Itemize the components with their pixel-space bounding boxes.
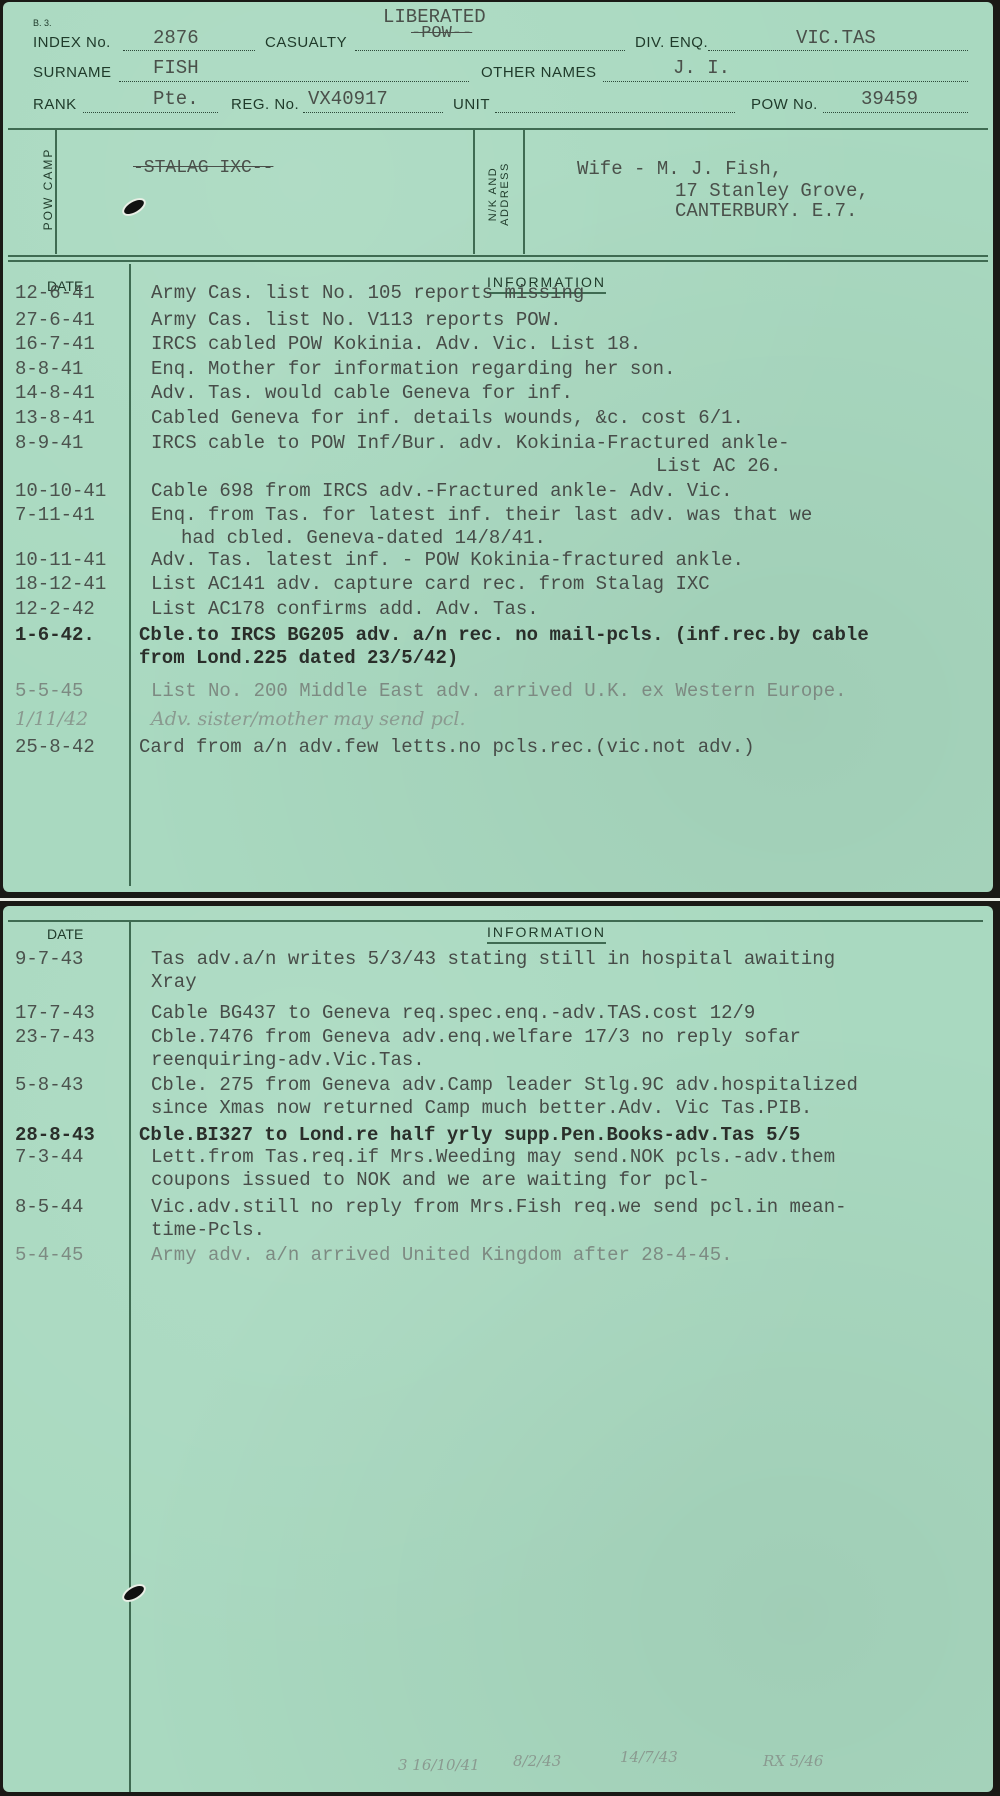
entry-info-line: Cble.BI327 to Lond.re half yrly supp.Pen… (139, 1124, 800, 1146)
entry-date: 9-7-43 (15, 948, 83, 970)
entry-info-line: Lett.from Tas.req.if Mrs.Weeding may sen… (151, 1146, 835, 1168)
entry-date: 14-8-41 (15, 382, 95, 404)
entry-info-line: List No. 200 Middle East adv. arrived U.… (151, 680, 847, 702)
footer-annotation: 3 16/10/41 (398, 1756, 480, 1774)
index-value: 2876 (153, 27, 199, 49)
entry-info-line: Card from a/n adv.few letts.no pcls.rec.… (139, 736, 755, 758)
ink-blot (122, 197, 146, 217)
entry-date: 10-11-41 (15, 549, 106, 571)
entry-info-line: Tas adv.a/n writes 5/3/43 stating still … (151, 948, 835, 970)
entry-info-line: coupons issued to NOK and we are waiting… (151, 1169, 710, 1191)
entry-date: 17-7-43 (15, 1002, 95, 1024)
nok-label-line2: ADDRESS (499, 139, 511, 249)
entry-info-line: Army adv. a/n arrived United Kingdom aft… (151, 1244, 733, 1266)
nok-line-2: 17 Stanley Grove, (675, 180, 869, 202)
entry-date: 10-10-41 (15, 480, 106, 502)
footer-annotation: 8/2/43 (513, 1752, 561, 1770)
pow-camp-value-struck: -STALAG IXC-- (133, 158, 273, 178)
surname-label: SURNAME (33, 64, 112, 81)
footer-annotation: RX 5/46 (763, 1752, 823, 1770)
entry-date: 12-2-42 (15, 598, 95, 620)
entry-date: 18-12-41 (15, 573, 106, 595)
entry-info-line: Army Cas. list No. V113 reports POW. (151, 309, 561, 331)
casualty-value-struck: -POW-- (411, 24, 472, 43)
rank-value: Pte. (153, 88, 199, 110)
reg-no-label: REG. No. (231, 96, 299, 113)
other-names-value: J. I. (673, 57, 730, 79)
entry-info-line: from Lond.225 dated 23/5/42) (139, 647, 458, 669)
nok-address-label: N/K AND ADDRESS (487, 139, 511, 249)
nok-label-line1: N/K AND (487, 139, 499, 249)
entry-info-line: Enq. from Tas. for latest inf. their las… (151, 504, 812, 526)
entry-date: 1-6-42. (15, 624, 95, 646)
entry-info-line: Cble.7476 from Geneva adv.enq.welfare 17… (151, 1026, 801, 1048)
reg-no-value: VX40917 (308, 88, 388, 110)
information-column-header: INFORMATION (487, 924, 606, 944)
pow-record-card-back: DATE INFORMATION 9-7-43Tas adv.a/n write… (3, 906, 993, 1792)
entry-date: 27-6-41 (15, 309, 95, 331)
surname-value: FISH (153, 57, 199, 79)
entry-date: 23-7-43 (15, 1026, 95, 1048)
entry-info-line: Vic.adv.still no reply from Mrs.Fish req… (151, 1196, 847, 1218)
entry-date: 12-6-41 (15, 282, 95, 304)
nok-line-1: Wife - M. J. Fish, (577, 158, 782, 180)
entry-date: 8-5-44 (15, 1196, 83, 1218)
entry-date: 8-8-41 (15, 358, 83, 380)
div-enq-label: DIV. ENQ. (635, 34, 708, 51)
other-names-label: OTHER NAMES (481, 64, 597, 81)
entry-info-line: Cable 698 from IRCS adv.-Fractured ankle… (151, 480, 733, 502)
entry-info-line: Adv. Tas. latest inf. - POW Kokinia-frac… (151, 549, 744, 571)
pow-record-card-front: B. 3. INDEX No. 2876 CASUALTY LIBERATED … (3, 2, 993, 892)
rank-label: RANK (33, 96, 77, 113)
pow-no-label: POW No. (751, 96, 818, 113)
entry-date: 5-8-43 (15, 1074, 83, 1096)
entry-info-line: List AC 26. (656, 455, 781, 477)
entry-date: 28-8-43 (15, 1124, 95, 1146)
entry-info-line: Cable BG437 to Geneva req.spec.enq.-adv.… (151, 1002, 755, 1024)
entry-info-line: time-Pcls. (151, 1219, 265, 1241)
entry-date: 7-11-41 (15, 504, 95, 526)
entry-info-line: Cabled Geneva for inf. details wounds, &… (151, 407, 744, 429)
unit-label: UNIT (453, 96, 490, 113)
entry-date: 8-9-41 (15, 432, 83, 454)
nok-line-3: CANTERBURY. E.7. (675, 200, 857, 222)
date-column-header: DATE (47, 926, 83, 942)
form-code: B. 3. (33, 18, 52, 28)
pow-no-value: 39459 (861, 88, 918, 110)
entry-info-line: Adv. sister/mother may send pcl. (151, 708, 466, 730)
entry-info-line: reenquiring-adv.Vic.Tas. (151, 1049, 425, 1071)
casualty-label: CASUALTY (265, 34, 347, 51)
entry-date: 16-7-41 (15, 333, 95, 355)
entry-info-line: Adv. Tas. would cable Geneva for inf. (151, 382, 573, 404)
div-enq-value: VIC.TAS (796, 27, 876, 49)
entry-info-line: List AC178 confirms add. Adv. Tas. (151, 598, 539, 620)
entry-info-line: Xray (151, 971, 197, 993)
entry-date: 7-3-44 (15, 1146, 83, 1168)
card-separator (0, 898, 1000, 901)
entry-date: 5-5-45 (15, 680, 83, 702)
footer-annotation: 14/7/43 (620, 1748, 678, 1766)
entry-date: 13-8-41 (15, 407, 95, 429)
entry-date: 5-4-45 (15, 1244, 83, 1266)
entry-info-line: List AC141 adv. capture card rec. from S… (151, 573, 710, 595)
entry-info-line: Enq. Mother for information regarding he… (151, 358, 676, 380)
entry-info-line: IRCS cabled POW Kokinia. Adv. Vic. List … (151, 333, 641, 355)
entry-info-line: had cbled. Geneva-dated 14/8/41. (181, 527, 546, 549)
entry-info-line: IRCS cable to POW Inf/Bur. adv. Kokinia-… (151, 432, 790, 454)
entry-info-line: Army Cas. list No. 105 reports missing (151, 282, 584, 304)
entry-info-line: Cble. 275 from Geneva adv.Camp leader St… (151, 1074, 858, 1096)
index-label: INDEX No. (33, 34, 111, 51)
entry-date: 1/11/42 (15, 708, 88, 730)
ink-blot (122, 1583, 146, 1603)
entry-info-line: Cble.to IRCS BG205 adv. a/n rec. no mail… (139, 624, 869, 646)
entry-info-line: since Xmas now returned Camp much better… (151, 1097, 812, 1119)
pow-camp-label: POW CAMP (41, 134, 55, 244)
entry-date: 25-8-42 (15, 736, 95, 758)
